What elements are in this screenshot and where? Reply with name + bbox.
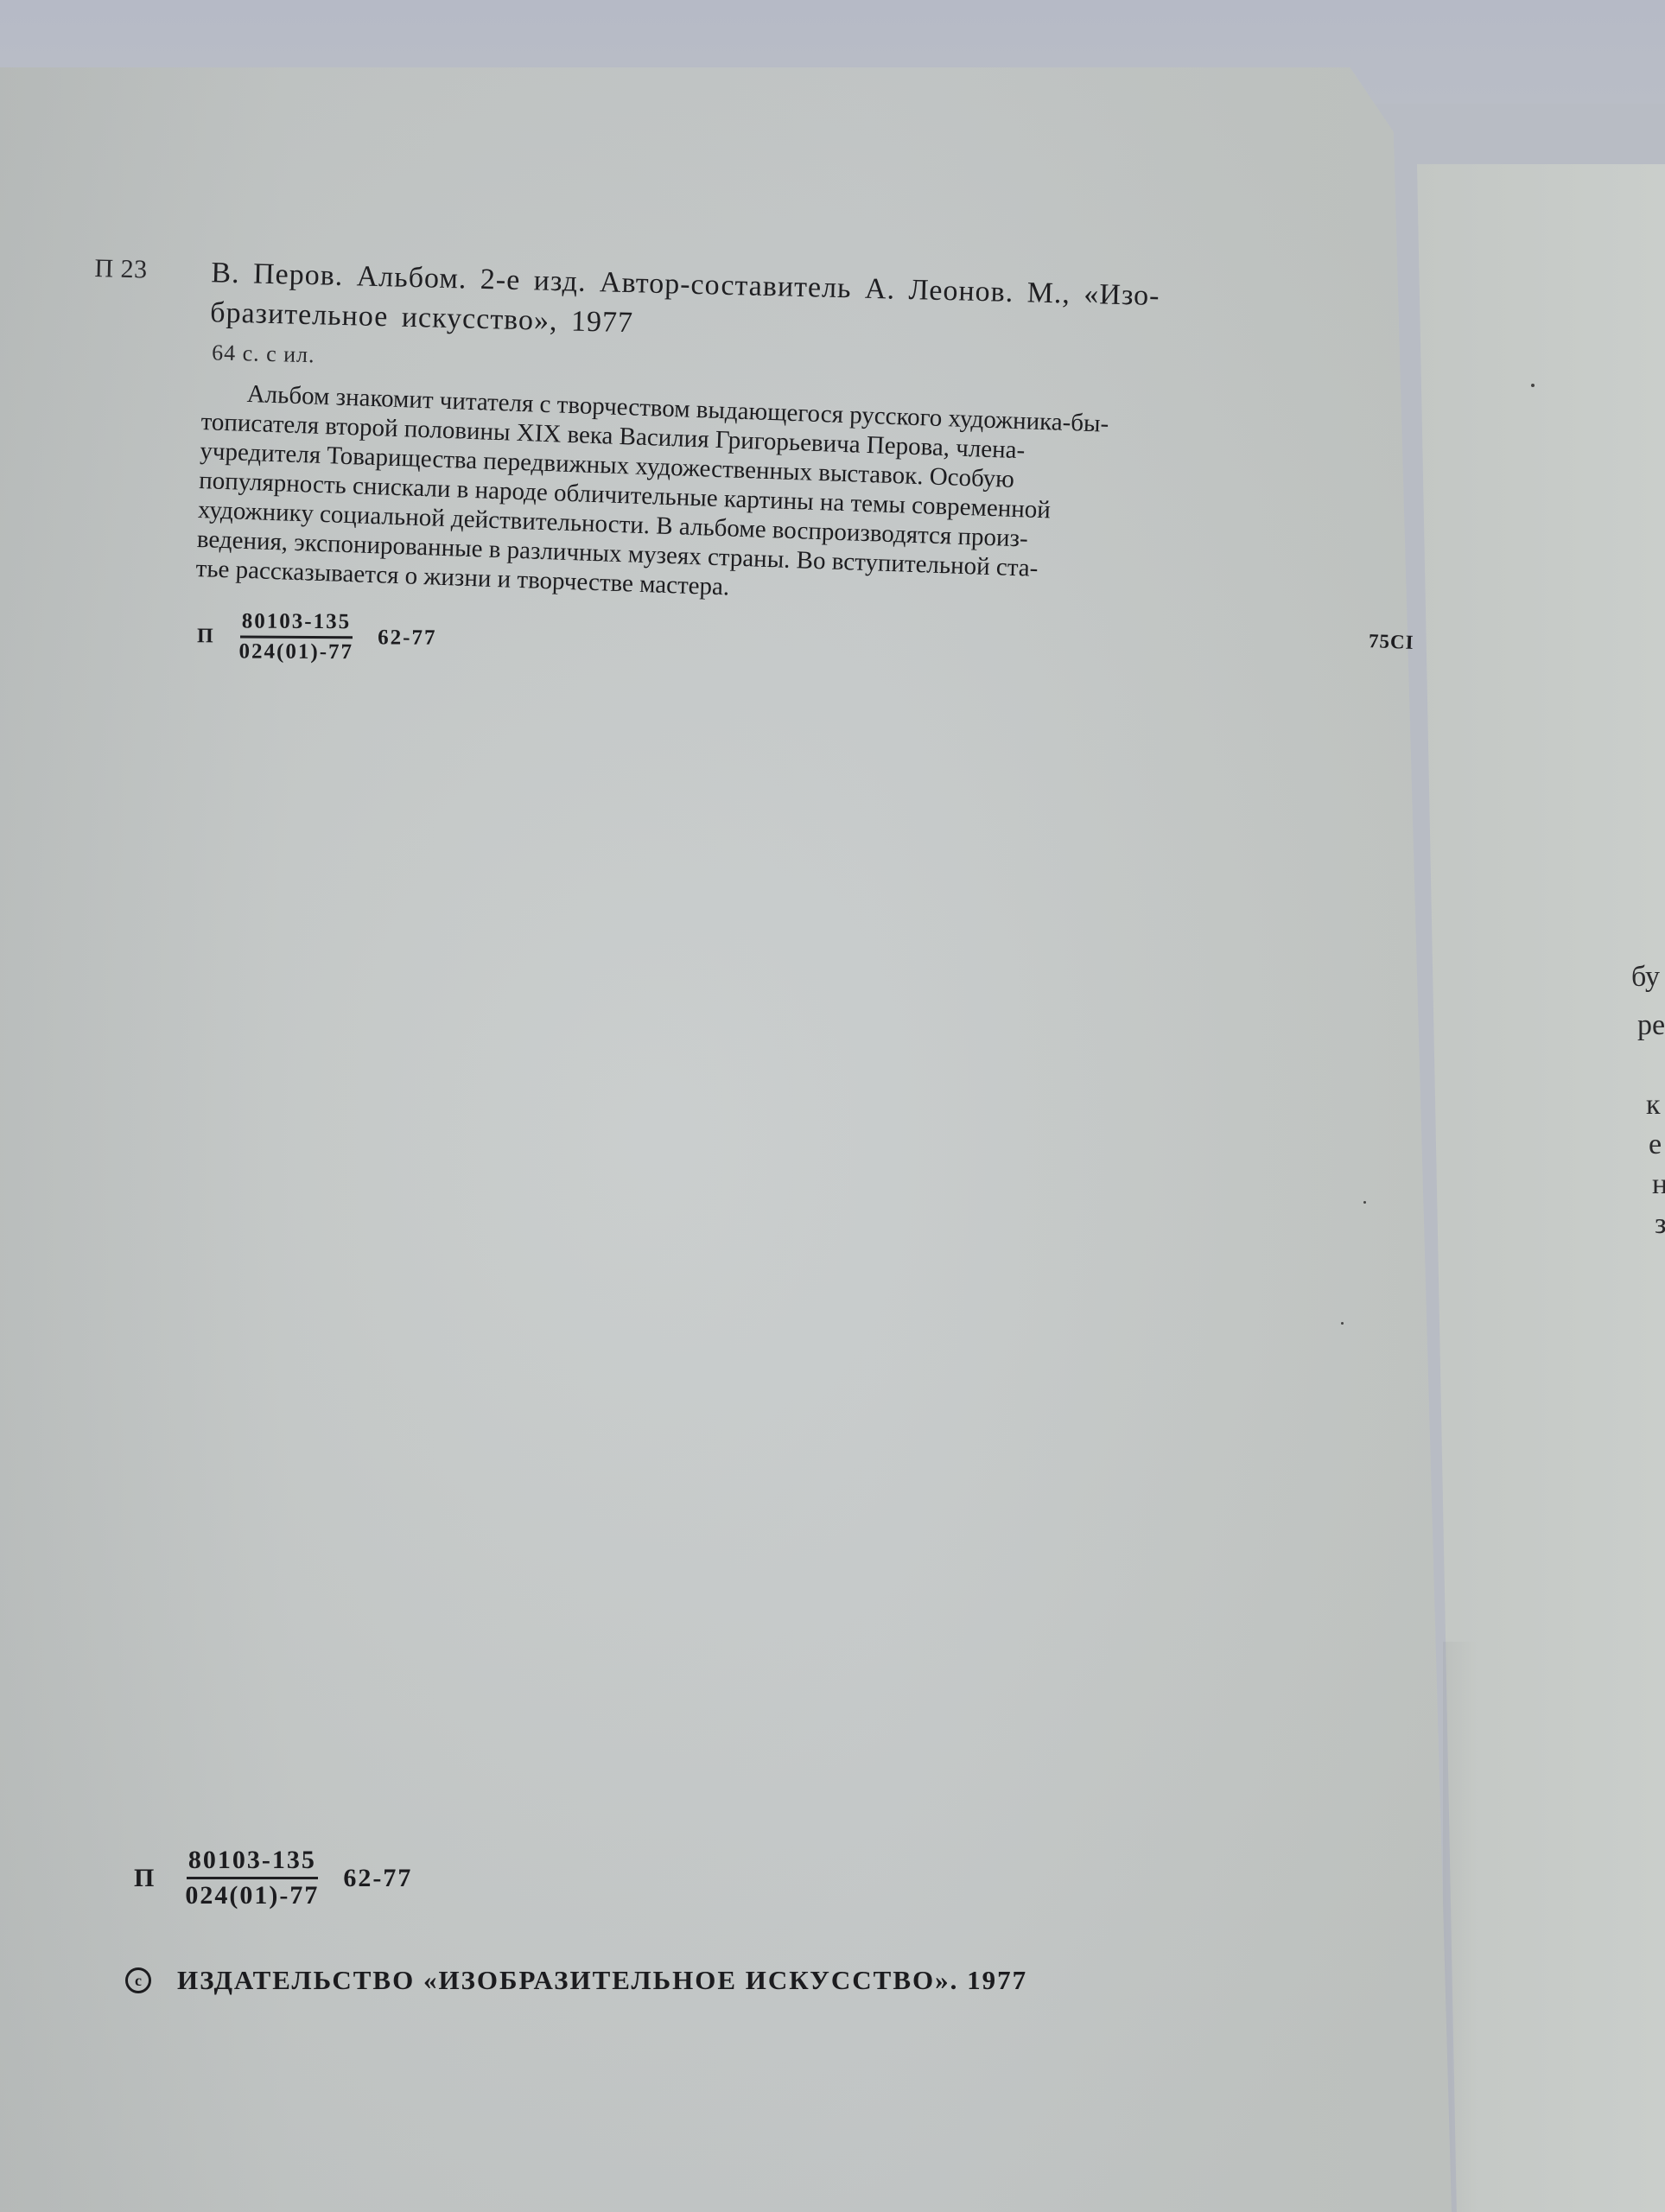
classification-denominator: 024(01)-77	[239, 639, 354, 665]
classification-numerator: 80103-135	[240, 610, 353, 639]
classification-fraction: 80103-135 024(01)-77	[185, 1846, 319, 1910]
footer-classification-code: П 80103-135 024(01)-77 62-77	[134, 1846, 412, 1910]
classification-suffix: 62-77	[343, 1864, 412, 1893]
facing-page-fragment: к	[1646, 1090, 1661, 1120]
card-index: П 23	[94, 254, 148, 284]
facing-page-fragment: з	[1655, 1210, 1665, 1239]
classification-numerator: 80103-135	[187, 1846, 318, 1879]
paper-speck	[1341, 1322, 1344, 1325]
paper-speck	[1363, 1201, 1366, 1204]
paper-speck	[1531, 384, 1535, 387]
copyright-line: c ИЗДАТЕЛЬСТВО «ИЗОБРАЗИТЕЛЬНОЕ ИСКУССТВ…	[125, 1965, 1027, 1996]
classification-suffix: 62-77	[378, 626, 436, 650]
classification-letter: П	[134, 1864, 154, 1893]
facing-page-fragment: бу	[1631, 963, 1660, 992]
card-classification-code: П 80103-135 024(01)-77 62-77	[197, 609, 437, 664]
classification-letter: П	[197, 625, 213, 648]
classification-denominator: 024(01)-77	[185, 1879, 319, 1910]
classification-fraction: 80103-135 024(01)-77	[239, 610, 354, 665]
card-annotation: Альбом знакомит читателя с творчеством в…	[195, 378, 1437, 626]
copyright-icon: c	[125, 1967, 151, 1993]
card-page-count: 64 с. с ил.	[212, 340, 315, 368]
facing-page-fragment: н	[1652, 1170, 1665, 1199]
facing-page-fragment: ре	[1637, 1011, 1665, 1040]
copyright-text: ИЗДАТЕЛЬСТВО «ИЗОБРАЗИТЕЛЬНОЕ ИСКУССТВО»…	[177, 1965, 1027, 1996]
shelf-code: 75CI	[1369, 630, 1414, 654]
facing-page-fragment: е	[1649, 1130, 1662, 1160]
